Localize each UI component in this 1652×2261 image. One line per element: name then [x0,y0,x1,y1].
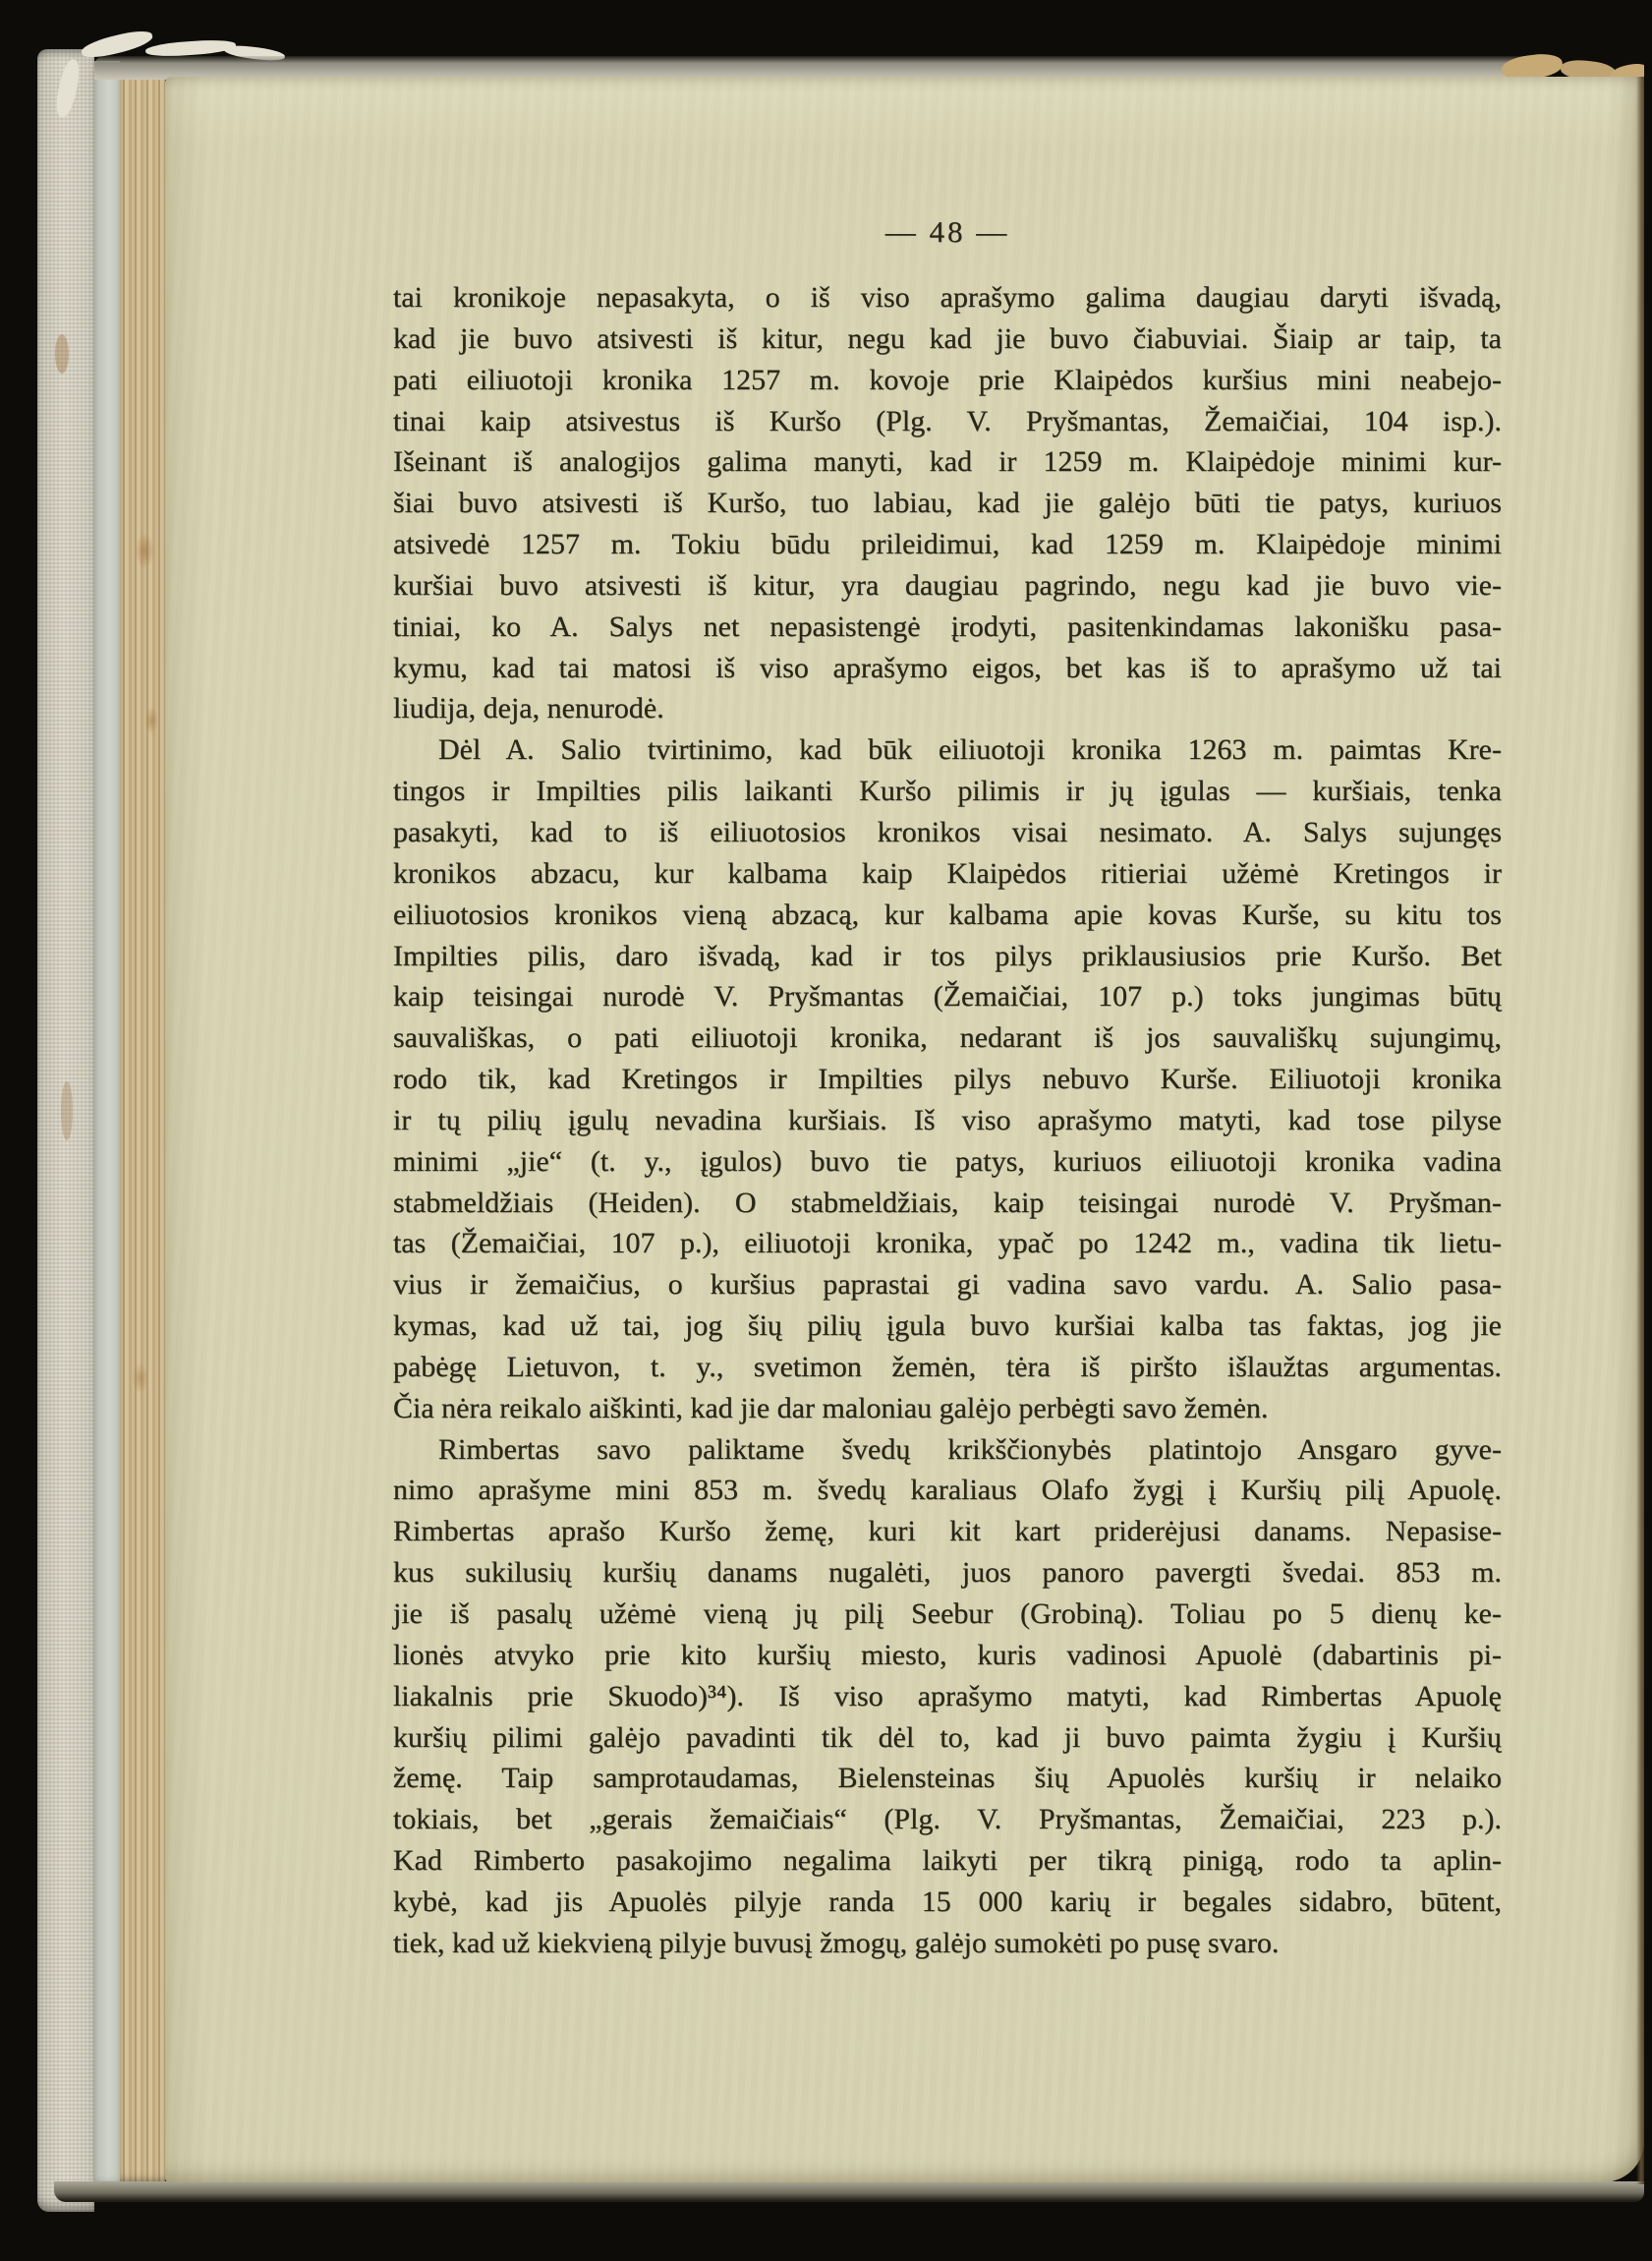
book-cover-edge [37,49,94,2212]
book-bottom-edge [54,2181,1644,2202]
text-line: kad jie buvo atsivesti iš kitur, negu ka… [393,319,1502,360]
text-line: vius ir žemaičius, o kuršius paprastai g… [393,1264,1502,1305]
scan-right-strip [1644,0,1652,2261]
text-line: minimi „jie“ (t. y., įgulos) buvo tie pa… [393,1141,1502,1183]
text-line: kaip teisingai nurodė V. Pryšmantas (Žem… [393,976,1502,1017]
text-line: tingos ir Impilties pilis laikanti Kuršo… [393,771,1502,812]
text-line: tiniai, ko A. Salys net nepasistengė įro… [393,607,1502,648]
cover-stain [61,1081,73,1140]
text-line: ir tų pilių įgulų nevadina kuršiais. Iš … [393,1100,1502,1141]
endpaper-edge [94,61,120,2187]
cover-stain [55,334,69,374]
page-stack-edge [120,63,165,2184]
text-line: Impilties pilis, daro išvadą, kad ir tos… [393,936,1502,977]
book-page: — 48 — tai kronikoje nepasakyta, o iš vi… [165,77,1644,2182]
text-line: nimo aprašyme mini 853 m. švedų karaliau… [393,1470,1502,1511]
text-line: jie iš pasalų užėmė vieną jų pilį Seebur… [393,1594,1502,1635]
text-line: tiek, kad už kiekvieną pilyje buvusį žmo… [393,1923,1502,1964]
text-line: kymu, kad tai matosi iš viso aprašymo ei… [393,648,1502,689]
text-line: Kad Rimberto pasakojimo negalima laikyti… [393,1840,1502,1882]
text-line: Rimbertas aprašo Kuršo žemę, kuri kit ka… [393,1511,1502,1552]
text-line: kymas, kad už tai, jog šių pilių įgula b… [393,1305,1502,1347]
text-line: lionės atvyko prie kito kuršių miesto, k… [393,1635,1502,1676]
text-line: pasakyti, kad to iš eiliuotosios kroniko… [393,812,1502,853]
text-line: Išeinant iš analogijos galima manyti, ka… [393,441,1502,483]
text-line: atsivedė 1257 m. Tokiu būdu prileidimui,… [393,524,1502,565]
text-line: žemę. Taip samprotaudamas, Bielensteinas… [393,1758,1502,1799]
text-line: liakalnis prie Skuodo)³⁴). Iš viso apraš… [393,1676,1502,1717]
text-line: liudija, deja, nenurodė. [393,688,1502,729]
page-number: — 48 — [393,214,1502,250]
text-line: šiai buvo atsivesti iš Kuršo, tuo labiau… [393,483,1502,524]
text-line: eiliuotosios kronikos vieną abzacą, kur … [393,895,1502,936]
text-line: kybė, kad jis Apuolės pilyje randa 15 00… [393,1882,1502,1923]
text-line: kuršiai buvo atsivesti iš kitur, yra dau… [393,565,1502,607]
scan-background: { "scan": { "background_color": "#0d0c08… [0,0,1652,2261]
text-line: stabmeldžiais (Heiden). O stabmeldžiais,… [393,1183,1502,1224]
text-line: tokiais, bet „gerais žemaičiais“ (Plg. V… [393,1799,1502,1840]
text-line: Dėl A. Salio tvirtinimo, kad būk eiliuot… [393,729,1502,771]
body-text: tai kronikoje nepasakyta, o iš viso apra… [393,277,1502,1964]
text-line: kuršių pilimi galėjo pavadinti tik dėl t… [393,1717,1502,1759]
text-line: rodo tik, kad Kretingos ir Impilties pil… [393,1059,1502,1100]
text-line: kronikos abzacu, kur kalbama kaip Klaipė… [393,853,1502,895]
text-line: tai kronikoje nepasakyta, o iš viso apra… [393,277,1502,319]
text-line: tas (Žemaičiai, 107 p.), eiliuotoji kron… [393,1223,1502,1264]
text-line: Rimbertas savo paliktame švedų krikščion… [393,1429,1502,1471]
text-line: sauvališkas, o pati eiliuotoji kronika, … [393,1017,1502,1059]
text-line: kus sukilusių kuršių danams nugalėti, ju… [393,1552,1502,1594]
page-right-edge-line [1636,77,1644,2184]
text-line: Čia nėra reikalo aiškinti, kad jie dar m… [393,1388,1502,1429]
text-line: pabėgę Lietuvon, t. y., svetimon žemėn, … [393,1347,1502,1388]
text-line: tinai kaip atsivestus iš Kuršo (Plg. V. … [393,401,1502,442]
text-line: pati eiliuotoji kronika 1257 m. kovoje p… [393,360,1502,401]
